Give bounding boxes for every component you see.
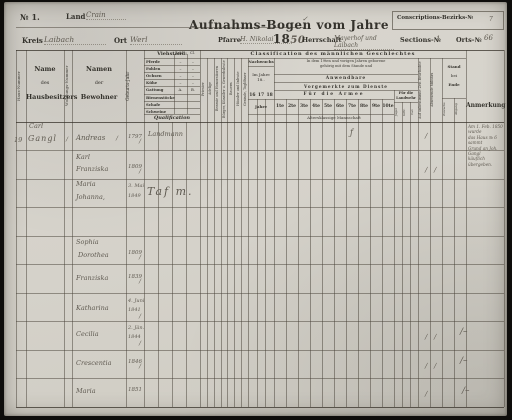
age-col: 1te	[274, 99, 286, 114]
age-col: 8te	[358, 99, 370, 114]
class-col: Gesinde, Taglöhner	[243, 59, 247, 119]
viehstand-row: Fohlen––	[144, 65, 200, 72]
tick-mark: ∕	[139, 313, 141, 320]
nachwuchs-box: Nachwuchs Im Jahre 18.. 16 17 18 Jahre	[248, 58, 274, 122]
col-owner: NamedesHausbesitzers	[26, 62, 64, 104]
table-row: Franziska 1839 ∕	[4, 264, 507, 293]
resident-name: Maria	[76, 180, 96, 188]
table-row: Crescentia 1846 ∕ ∕ ∕ ∕–	[4, 350, 507, 379]
endbox-title: StandbeiEnde	[442, 62, 466, 89]
viehstand-subrow: Schweine	[144, 108, 200, 114]
tick-mark: ∕	[434, 166, 436, 174]
nachwuchs-col: 18	[265, 88, 274, 103]
armee-title: In dem 19ten und vorigen Jahren geborene…	[274, 59, 418, 68]
resident-name: Sophia	[76, 238, 99, 246]
col-haus-nr: Haus-Nummer	[16, 52, 26, 120]
armee-age-cols: 1te 2te 3te 4te 5te 6te 7te 8te 9te 10te	[274, 99, 394, 114]
remark-mark: ∕–	[462, 386, 470, 396]
age-col: 6te	[334, 99, 346, 114]
viehstand-row: Pferde––	[144, 58, 200, 65]
resident-name: Franziska	[76, 274, 108, 282]
col-wohnung: Wohnungs-Nummer	[64, 52, 72, 120]
armee-band3: Für die Armee	[274, 92, 394, 97]
table-row	[4, 207, 507, 236]
viehstand-subrow: Schafe	[144, 101, 200, 108]
armee-band2: Vorgemerkte zum Dienste	[274, 84, 418, 89]
viehstand-col-b: Cl.	[190, 51, 195, 55]
tick-mark: ∕	[66, 136, 68, 143]
birth-year: 4. Juni	[128, 298, 144, 304]
armee-mark: ƒ	[350, 128, 353, 137]
scanned-census-form: № 1. Land Crain Aufnahms-Bogen vom Jahre…	[4, 2, 507, 416]
landwehr-col: Jäger	[394, 102, 398, 122]
resident-name: Andreas	[76, 134, 105, 142]
class-col: Häusler und Inleute	[236, 59, 240, 119]
owner-name: Carl	[29, 122, 43, 130]
tick-mark: ∕	[425, 390, 427, 398]
viehstand-col-a: Zahl	[175, 51, 183, 55]
resident-name: Karl	[76, 153, 90, 161]
remark-mark: ∕–	[460, 356, 468, 366]
viehstand-subrow: Bienenstöcke	[144, 94, 200, 101]
endbox-col: Abgang	[454, 98, 458, 120]
age-col: 7te	[346, 99, 358, 114]
endbox-cols: Zuwachs Abgang	[442, 98, 466, 120]
house-number: 19	[14, 136, 22, 144]
viehstand-row: Ochsen––	[144, 72, 200, 79]
tick-mark: ∕	[425, 166, 427, 174]
class-col: Bürger, Künstler u. Gewerbsleute	[222, 59, 226, 119]
qualification: Landmann	[148, 130, 183, 138]
col-geburt: Geburts-Jahr	[126, 52, 144, 120]
nachwuchs-col: 16	[248, 88, 257, 103]
tick-mark: ∕	[425, 333, 427, 341]
landwehr-cols: Jäger Inftr. Cav.	[394, 102, 418, 122]
resident-name: Johanna,	[76, 193, 105, 201]
table-row: Maria Johanna, 3. Mai 1849 Taf m.	[4, 179, 507, 208]
age-col: 9te	[370, 99, 382, 114]
tick-mark: ∕	[425, 362, 427, 370]
nachwuchs-footer: Jahre	[248, 103, 274, 111]
armee-band1: Anwendbare	[274, 76, 418, 81]
age-col: 2te	[286, 99, 298, 114]
classification-title: Classification des männlichen Geschlecht…	[200, 51, 466, 57]
tick-mark: ∕	[139, 168, 141, 175]
resident-name: Maria	[76, 387, 96, 395]
endbox-col: Zuwachs	[442, 98, 446, 120]
landwehr-title: Für dieLandwehr	[394, 91, 418, 100]
tick-mark: ∕	[425, 132, 427, 140]
age-col: 4te	[310, 99, 322, 114]
birth-year: 3. Mai	[128, 183, 144, 189]
owner-name: Gangl	[28, 134, 57, 143]
landwehr-col: Cav.	[410, 102, 414, 122]
table-row: 19 Carl Gangl ∕ Andreas ∕ 1797 ∕ Landman…	[4, 122, 507, 151]
resident-name: Dorothea	[78, 251, 109, 259]
resident-name: Katharina	[76, 304, 109, 312]
landwehr-col: Inftr.	[402, 102, 406, 122]
nachwuchs-title: Nachwuchs	[248, 58, 274, 66]
viehstand-subheader: GattungA.B.	[144, 86, 200, 94]
tick-mark: ∕	[139, 254, 141, 261]
armee-footer: Altersklassige Mannschaft	[274, 115, 394, 120]
qualification-large: Taf m.	[147, 185, 194, 198]
class-col: Beamte und Honoratioren	[215, 59, 219, 119]
tick-mark: ∕	[139, 340, 141, 347]
table-row: Sophia Dorothea 1809 ∕	[4, 236, 507, 265]
col-anmerkung: Anmerkung	[466, 102, 504, 109]
tick-mark: ∕	[434, 333, 436, 341]
tick-mark: ∕	[139, 278, 141, 285]
resident-name: Crescentia	[76, 359, 112, 367]
class-col: Bauern	[229, 59, 233, 119]
nachwuchs-col: 17	[257, 88, 266, 103]
viehstand-row: Kühe––	[144, 79, 200, 86]
table-row: Karl Franziska 1809 ∕ ∕ ∕	[4, 150, 507, 179]
tick-mark: ∕	[139, 138, 141, 145]
tick-mark: ∕	[139, 363, 141, 370]
age-col: 10te	[382, 99, 394, 114]
class-col: Adelige	[208, 59, 212, 119]
resident-name: Franziska	[76, 165, 108, 173]
classification-columns: Priester Adelige Beamte und Honoratioren…	[200, 58, 248, 120]
age-col: 3te	[298, 99, 310, 114]
birth-year: 2. Jän.	[128, 325, 144, 331]
age-col: 5te	[322, 99, 334, 114]
nachwuchs-line2: 18..	[248, 77, 274, 82]
class-col: Priester	[201, 59, 205, 119]
viehstand-footer: Qualification	[144, 114, 200, 122]
viehstand-box: Viehstand: Zahl Cl. Pferde–– Fohlen–– Oc…	[144, 50, 200, 122]
col-beurlaubte: Auf unbestimmte Zeit Beurlaubte	[418, 60, 430, 120]
remark-mark: ∕–	[460, 327, 468, 337]
table-row: Katharina 4. Juni 1841 ∕	[4, 293, 507, 322]
birth-year: 1851	[128, 387, 142, 393]
col-abwesende: Abwesende Militärs	[430, 60, 442, 120]
col-bewohner: NamenderBewohner	[72, 62, 126, 104]
table-row: Cecilia 2. Jän. 1844 ∕ ∕ ∕ ∕–	[4, 321, 507, 350]
birth-year: 1849	[128, 193, 141, 199]
table-row: Maria 1851 ∕ ∕–	[4, 378, 507, 407]
tick-mark: ∕	[116, 135, 118, 142]
tick-mark: ∕	[434, 362, 436, 370]
resident-name: Cecilia	[76, 330, 99, 338]
